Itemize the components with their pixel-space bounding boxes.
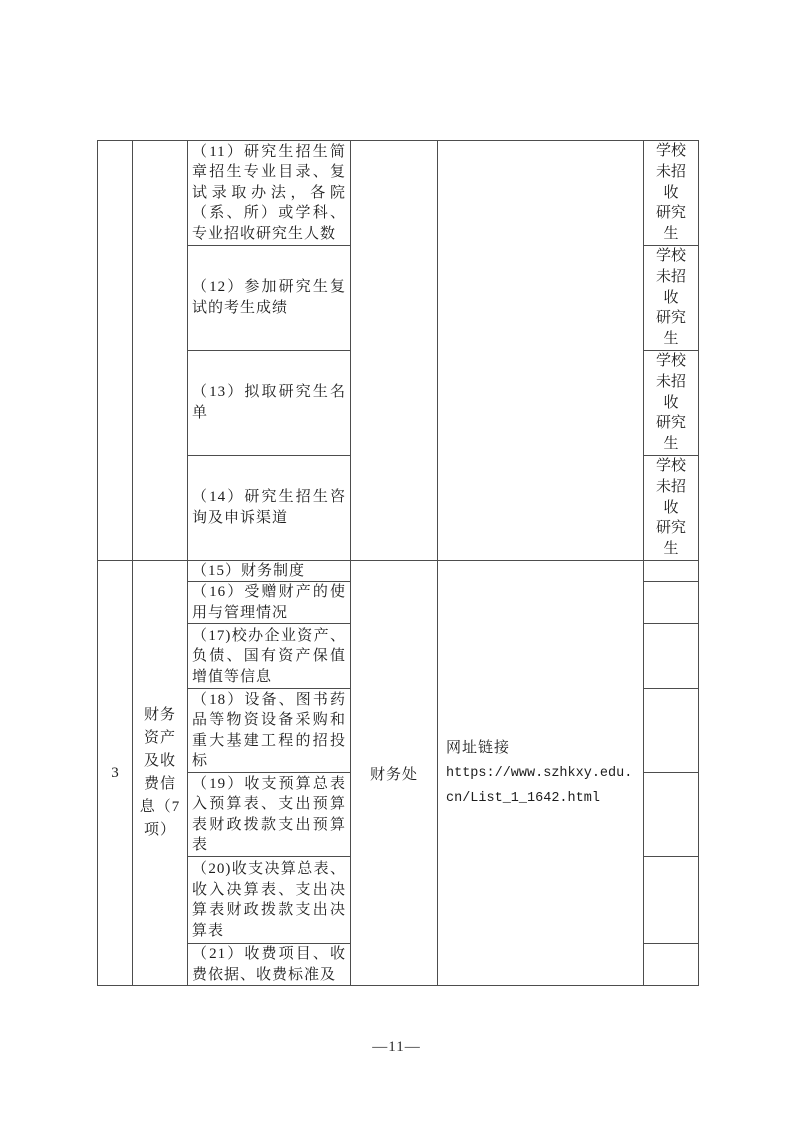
table-row: （11）研究生招生简章招生专业目录、复试录取办法，各院（系、所）或学科、专业招收… xyxy=(98,141,699,246)
remark-cell-17 xyxy=(644,624,699,689)
section2-category-cell xyxy=(133,141,188,561)
remark-cell-20 xyxy=(644,857,699,944)
item-cell-20: （20)收支决算总表、收入决算表、支出决算表财政拨款支出决算表 xyxy=(188,857,351,944)
section3-department-cell: 财务处 xyxy=(351,560,438,986)
section3-number-cell: 3 xyxy=(98,560,133,986)
remark-cell-19 xyxy=(644,773,699,857)
remark-cell-14: 学校 未招 收 研究 生 xyxy=(644,455,699,560)
section2-department-cell xyxy=(351,141,438,561)
item-cell-11: （11）研究生招生简章招生专业目录、复试录取办法，各院（系、所）或学科、专业招收… xyxy=(188,141,351,246)
remark-cell-11: 学校 未招 收 研究 生 xyxy=(644,141,699,246)
item-cell-14: （14）研究生招生咨询及申诉渠道 xyxy=(188,455,351,560)
page-number: —11— xyxy=(0,1039,793,1056)
remark-cell-13: 学校 未招 收 研究 生 xyxy=(644,350,699,455)
section3-link-cell: 网址链接 https://www.szhkxy.edu.cn/List_1_16… xyxy=(438,560,644,986)
remark-cell-21 xyxy=(644,944,699,986)
link-url: https://www.szhkxy.edu.cn/List_1_1642.ht… xyxy=(446,761,639,811)
remark-cell-18 xyxy=(644,689,699,773)
table-row: 3 财务 资产 及收 费信 息（7 项） （15）财务制度 财务处 网址链接 h… xyxy=(98,560,699,582)
disclosure-table: （11）研究生招生简章招生专业目录、复试录取办法，各院（系、所）或学科、专业招收… xyxy=(97,140,699,986)
section2-link-cell xyxy=(438,141,644,561)
item-cell-13: （13）拟取研究生名单 xyxy=(188,350,351,455)
item-cell-15: （15）财务制度 xyxy=(188,560,351,582)
remark-cell-15 xyxy=(644,560,699,582)
item-cell-21: （21）收费项目、收费依据、收费标准及 xyxy=(188,944,351,986)
link-label: 网址链接 xyxy=(446,736,639,761)
section3-category-cell: 财务 资产 及收 费信 息（7 项） xyxy=(133,560,188,986)
item-cell-18: （18）设备、图书药品等物资设备采购和重大基建工程的招投标 xyxy=(188,689,351,773)
remark-cell-12: 学校 未招 收 研究 生 xyxy=(644,245,699,350)
item-cell-16: （16）受赠财产的使用与管理情况 xyxy=(188,582,351,624)
item-cell-19: （19）收支预算总表入预算表、支出预算表财政拨款支出预算表 xyxy=(188,773,351,857)
document-page: （11）研究生招生简章招生专业目录、复试录取办法，各院（系、所）或学科、专业招收… xyxy=(0,0,793,1122)
remark-cell-16 xyxy=(644,582,699,624)
item-cell-12: （12）参加研究生复试的考生成绩 xyxy=(188,245,351,350)
item-cell-17: （17)校办企业资产、负债、国有资产保值增值等信息 xyxy=(188,624,351,689)
section2-number-cell xyxy=(98,141,133,561)
